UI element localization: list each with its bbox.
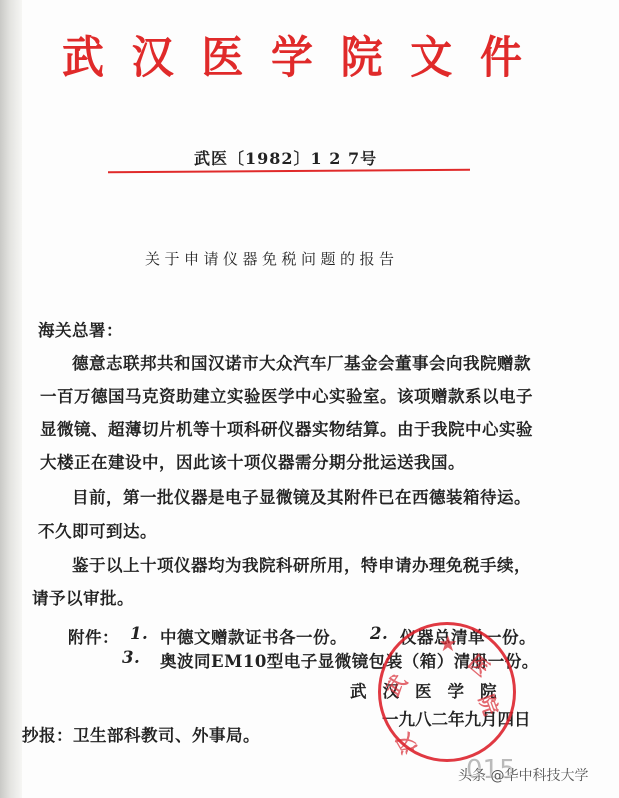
scan-page-edge bbox=[0, 0, 22, 798]
carbon-copy-line: 抄报：卫生部科教司、外事局。 bbox=[22, 722, 260, 746]
letterhead-char: 武 bbox=[62, 27, 104, 90]
salutation: 海关总署： bbox=[38, 317, 123, 341]
document-number: 武医〔1982〕1 2 7号 bbox=[194, 146, 377, 169]
letterhead-char: 件 bbox=[480, 27, 522, 90]
body-line: 请予以审批。 bbox=[32, 585, 134, 609]
body-line: 大楼正在建设中，因此该十项仪器需分期分批运送我国。 bbox=[40, 449, 465, 473]
attachments-label: 附件： bbox=[68, 624, 119, 648]
body-line: 一百万德国马克资助建立实验医学中心实验室。该项赠款系以电子 bbox=[40, 383, 533, 407]
letterhead-char: 汉 bbox=[132, 27, 174, 90]
letterhead-char: 院 bbox=[341, 27, 383, 90]
letterhead-char: 文 bbox=[410, 27, 452, 90]
source-watermark: 头条 @华中科技大学 bbox=[458, 765, 588, 785]
attachment-number: 2. bbox=[370, 624, 388, 643]
attachment-item: 中德文赠款证书各一份。 bbox=[160, 624, 347, 648]
red-divider-line bbox=[108, 169, 470, 174]
seal-star-icon: ★ bbox=[438, 632, 458, 657]
attachment-number: 1. bbox=[130, 624, 148, 643]
body-line: 鉴于以上十项仪器均为我院科研所用，特申请办理免税手续， bbox=[72, 552, 531, 576]
body-line: 显微镜、超薄切片机等十项科研仪器实物结算。由于我院中心实验 bbox=[40, 416, 533, 440]
attachment-number: 3. bbox=[122, 648, 140, 667]
body-line: 不久即可到达。 bbox=[38, 518, 157, 542]
letterhead-char: 医 bbox=[201, 27, 243, 90]
document-subject: 关于申请仪器免税问题的报告 bbox=[145, 248, 399, 269]
letterhead-char: 学 bbox=[271, 27, 313, 90]
letterhead-title: 武 汉 医 学 院 文 件 bbox=[62, 27, 522, 90]
body-line: 目前，第一批仪器是电子显微镜及其附件已在西德装箱待运。 bbox=[72, 484, 531, 508]
body-line: 德意志联邦共和国汉诺市大众汽车厂基金会董事会向我院赠款 bbox=[72, 350, 531, 374]
